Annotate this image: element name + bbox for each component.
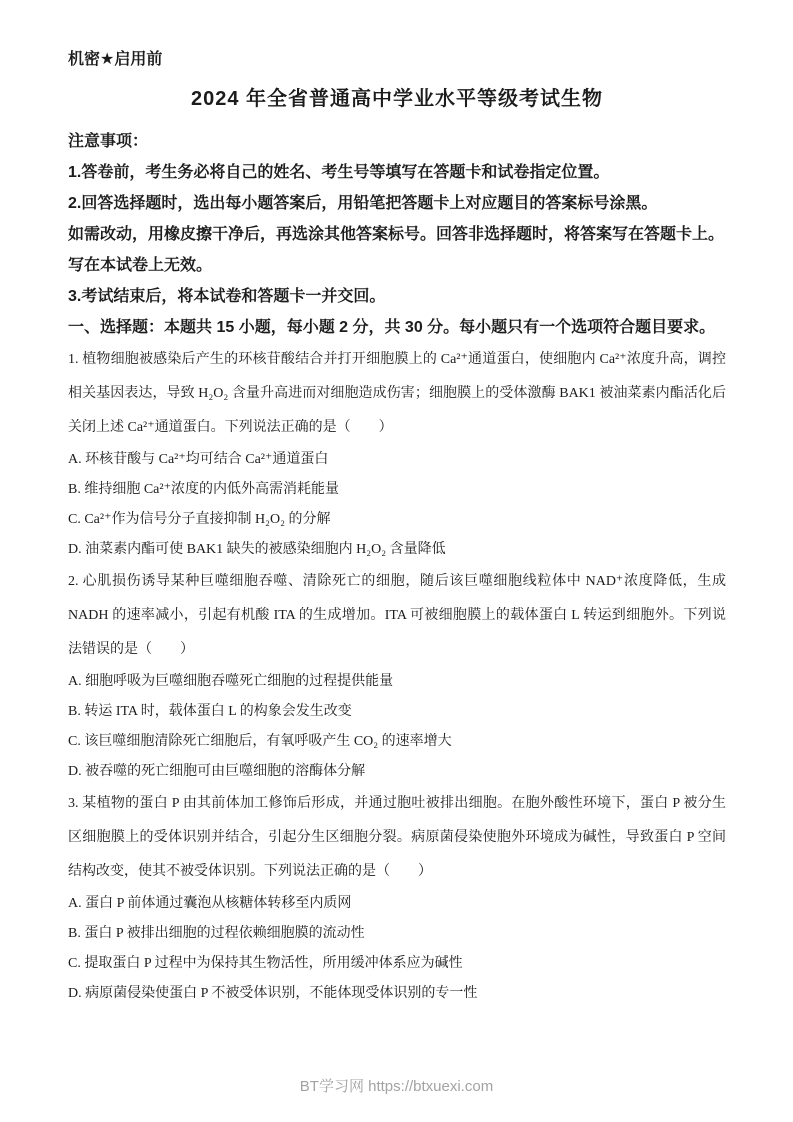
notice-heading: 注意事项： [68, 126, 726, 157]
question-1-option-a: A. 环核苷酸与 Ca²⁺均可结合 Ca²⁺通道蛋白 [68, 445, 726, 475]
confidential-label: 机密★启用前 [68, 48, 726, 72]
question-3-option-a: A. 蛋白 P 前体通过囊泡从核糖体转移至内质网 [68, 889, 726, 919]
question-3: 3. 某植物的蛋白 P 由其前体加工修饰后形成，并通过胞吐被排出细胞。在胞外酸性… [68, 787, 726, 1009]
notice-line-4: 写在本试卷上无效。 [68, 250, 726, 281]
question-2-option-d: D. 被吞噬的死亡细胞可由巨噬细胞的溶酶体分解 [68, 757, 726, 787]
notice-line-3: 如需改动，用橡皮擦干净后，再选涂其他答案标号。回答非选择题时，将答案写在答题卡上… [68, 219, 726, 250]
question-2-option-c: C. 该巨噬细胞清除死亡细胞后，有氧呼吸产生 CO₂ 的速率增大 [68, 727, 726, 757]
footer-watermark: BT学习网 https://btxuexi.com [0, 1075, 793, 1096]
question-2-option-a: A. 细胞呼吸为巨噬细胞吞噬死亡细胞的过程提供能量 [68, 667, 726, 697]
question-1-option-b: B. 维持细胞 Ca²⁺浓度的内低外高需消耗能量 [68, 475, 726, 505]
question-2: 2. 心肌损伤诱导某种巨噬细胞吞噬、清除死亡的细胞，随后该巨噬细胞线粒体中 NA… [68, 565, 726, 787]
section-heading: 一、选择题：本题共 15 小题，每小题 2 分，共 30 分。每小题只有一个选项… [68, 312, 726, 343]
question-2-option-b: B. 转运 ITA 时，载体蛋白 L 的构象会发生改变 [68, 697, 726, 727]
question-3-option-c: C. 提取蛋白 P 过程中为保持其生物活性，所用缓冲体系应为碱性 [68, 949, 726, 979]
question-2-stem: 2. 心肌损伤诱导某种巨噬细胞吞噬、清除死亡的细胞，随后该巨噬细胞线粒体中 NA… [68, 565, 726, 667]
question-1-option-d: D. 油菜素内酯可使 BAK1 缺失的被感染细胞内 H₂O₂ 含量降低 [68, 535, 726, 565]
notice-line-2: 2.回答选择题时，选出每小题答案后，用铅笔把答题卡上对应题目的答案标号涂黑。 [68, 188, 726, 219]
notice-line-1: 1.答卷前，考生务必将自己的姓名、考生号等填写在答题卡和试卷指定位置。 [68, 157, 726, 188]
question-3-stem: 3. 某植物的蛋白 P 由其前体加工修饰后形成，并通过胞吐被排出细胞。在胞外酸性… [68, 787, 726, 889]
question-3-option-b: B. 蛋白 P 被排出细胞的过程依赖细胞膜的流动性 [68, 919, 726, 949]
notice-line-5: 3.考试结束后，将本试卷和答题卡一并交回。 [68, 281, 726, 312]
page-title: 2024 年全省普通高中学业水平等级考试生物 [68, 84, 726, 114]
question-3-option-d: D. 病原菌侵染使蛋白 P 不被受体识别，不能体现受体识别的专一性 [68, 979, 726, 1009]
exam-page: 机密★启用前 2024 年全省普通高中学业水平等级考试生物 注意事项： 1.答卷… [0, 0, 793, 1009]
question-1: 1. 植物细胞被感染后产生的环核苷酸结合并打开细胞膜上的 Ca²⁺通道蛋白，使细… [68, 343, 726, 565]
question-1-stem: 1. 植物细胞被感染后产生的环核苷酸结合并打开细胞膜上的 Ca²⁺通道蛋白，使细… [68, 343, 726, 445]
question-1-option-c: C. Ca²⁺作为信号分子直接抑制 H₂O₂ 的分解 [68, 505, 726, 535]
